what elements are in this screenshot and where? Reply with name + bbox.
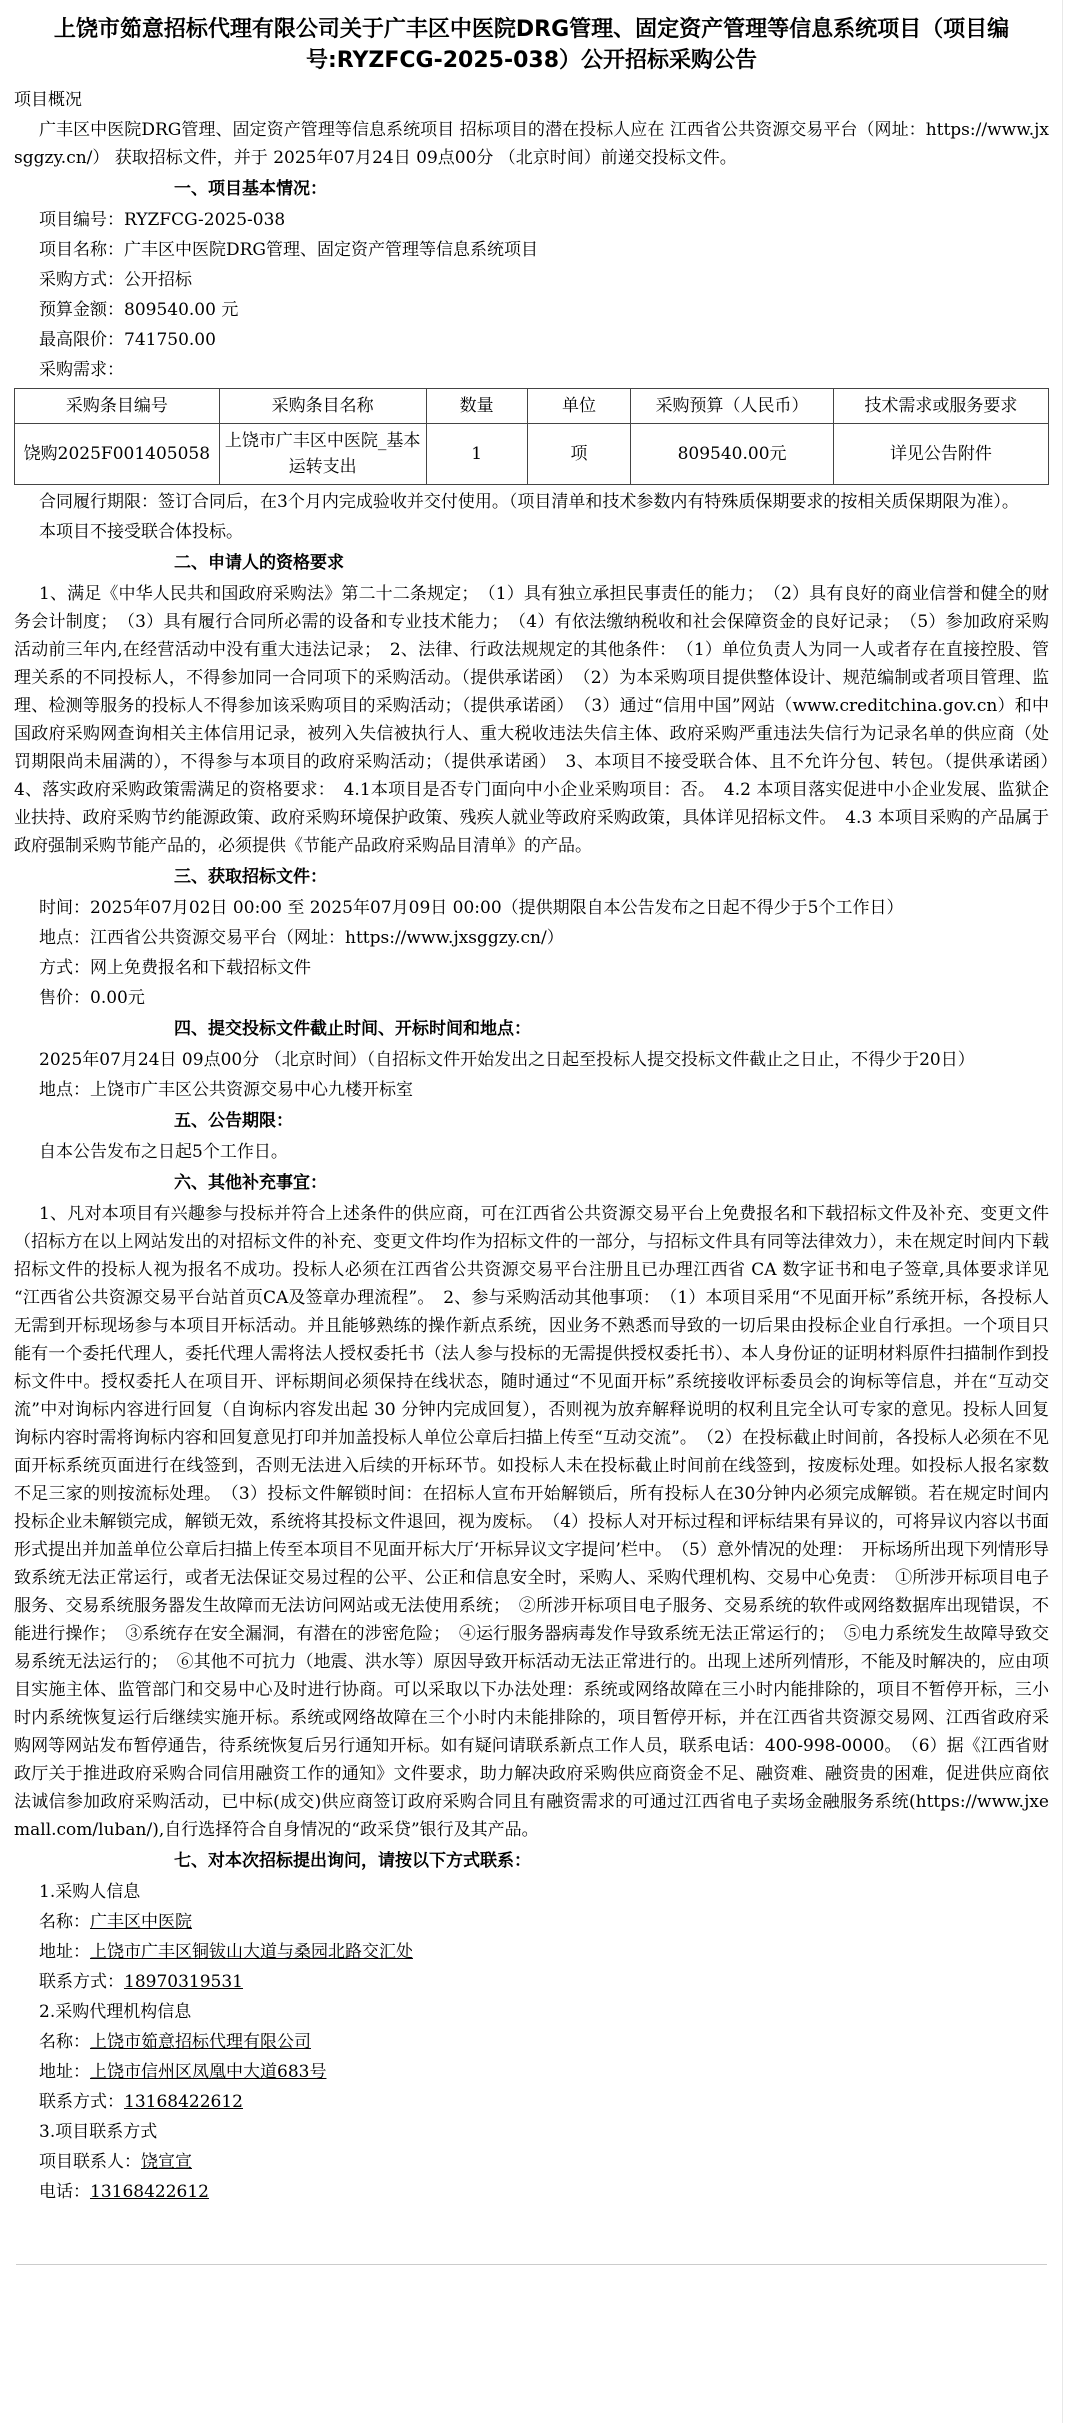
table-header-item-no: 采购条目编号 — [15, 389, 220, 424]
field-project-number: 项目编号：RYZFCG-2025-038 — [14, 206, 1049, 234]
section-deadline-heading: 四、提交投标文件截止时间、开标时间和地点： — [14, 1015, 1049, 1043]
agency-name-value: 上饶市筎意招标代理有限公司 — [90, 2032, 311, 2052]
table-header-item-name: 采购条目名称 — [219, 389, 426, 424]
agency-phone-label: 联系方式： — [39, 2092, 124, 2112]
procurement-items-table: 采购条目编号 采购条目名称 数量 单位 采购预算（人民币） 技术需求或服务要求 … — [14, 388, 1049, 485]
agency-name-label: 名称： — [39, 2032, 90, 2052]
qualification-text: 1、满足《中华人民共和国政府采购法》第二十二条规定； （1）具有独立承担民事责任… — [14, 580, 1049, 860]
project-contact-person-label: 项目联系人： — [39, 2152, 141, 2172]
purchaser-name-label: 名称： — [39, 1912, 90, 1932]
deadline-time-text: 2025年07月24日 09点00分 （北京时间）（自招标文件开始发出之日起至投… — [14, 1046, 1049, 1074]
project-contact-group-title: 3.项目联系方式 — [14, 2118, 1049, 2146]
project-contact-person-row: 项目联系人：饶宣宣 — [14, 2148, 1049, 2176]
agency-address-label: 地址： — [39, 2062, 90, 2082]
table-header-budget: 采购预算（人民币） — [631, 389, 834, 424]
section-basic-heading: 一、项目基本情况： — [14, 175, 1049, 203]
project-contact-phone-row: 电话：13168422612 — [14, 2178, 1049, 2206]
cell-requirements: 详见公告附件 — [833, 424, 1048, 485]
table-header-row: 采购条目编号 采购条目名称 数量 单位 采购预算（人民币） 技术需求或服务要求 — [15, 389, 1049, 424]
section-notice-period-heading: 五、公告期限： — [14, 1107, 1049, 1135]
purchaser-name-value: 广丰区中医院 — [90, 1912, 192, 1932]
field-max-price: 最高限价：741750.00 — [14, 326, 1049, 354]
cell-budget: 809540.00元 — [631, 424, 834, 485]
section-obtain-heading: 三、获取招标文件： — [14, 863, 1049, 891]
purchaser-group-title: 1.采购人信息 — [14, 1878, 1049, 1906]
purchaser-phone-row: 联系方式：18970319531 — [14, 1968, 1049, 1996]
section-qualification-heading: 二、申请人的资格要求 — [14, 549, 1049, 577]
section-contact-heading: 七、对本次招标提出询问，请按以下方式联系： — [14, 1847, 1049, 1875]
agency-phone-row: 联系方式：13168422612 — [14, 2088, 1049, 2116]
table-header-unit: 单位 — [527, 389, 630, 424]
agency-group-title: 2.采购代理机构信息 — [14, 1998, 1049, 2026]
notice-period-text: 自本公告发布之日起5个工作日。 — [14, 1138, 1049, 1166]
field-project-name: 项目名称：广丰区中医院DRG管理、固定资产管理等信息系统项目 — [14, 236, 1049, 264]
purchaser-phone-value: 18970319531 — [124, 1972, 243, 1992]
project-contact-person-value: 饶宣宣 — [141, 2152, 192, 2172]
agency-address-value: 上饶市信州区凤凰中大道683号 — [90, 2062, 326, 2082]
obtain-time: 时间：2025年07月02日 00:00 至 2025年07月09日 00:00… — [14, 894, 1049, 922]
no-consortium-text: 本项目不接受联合体投标。 — [14, 518, 1049, 546]
footer-divider — [16, 2264, 1047, 2265]
project-contact-phone-label: 电话： — [39, 2182, 90, 2202]
section-other-heading: 六、其他补充事宜： — [14, 1169, 1049, 1197]
obtain-price: 售价：0.00元 — [14, 984, 1049, 1012]
field-budget-amount: 预算金额：809540.00 元 — [14, 296, 1049, 324]
contract-term-text: 合同履行期限：签订合同后，在3个月内完成验收并交付使用。（项目清单和技术参数内有… — [14, 488, 1049, 516]
field-procurement-method: 采购方式：公开招标 — [14, 266, 1049, 294]
obtain-location: 地点：江西省公共资源交易平台（网址：https://www.jxsggzy.cn… — [14, 924, 1049, 952]
purchaser-phone-label: 联系方式： — [39, 1972, 124, 1992]
overview-text: 广丰区中医院DRG管理、固定资产管理等信息系统项目 招标项目的潜在投标人应在 江… — [14, 116, 1049, 172]
project-contact-phone-value: 13168422612 — [90, 2182, 209, 2202]
obtain-method: 方式：网上免费报名和下载招标文件 — [14, 954, 1049, 982]
cell-item-name: 上饶市广丰区中医院_基本运转支出 — [219, 424, 426, 485]
other-matters-text: 1、凡对本项目有兴趣参与投标并符合上述条件的供应商，可在江西省公共资源交易平台上… — [14, 1200, 1049, 1844]
cell-item-no: 饶购2025F001405058 — [15, 424, 220, 485]
agency-name-row: 名称：上饶市筎意招标代理有限公司 — [14, 2028, 1049, 2056]
cell-unit: 项 — [527, 424, 630, 485]
table-header-requirements: 技术需求或服务要求 — [833, 389, 1048, 424]
agency-address-row: 地址：上饶市信州区凤凰中大道683号 — [14, 2058, 1049, 2086]
deadline-location: 地点：上饶市广丰区公共资源交易中心九楼开标室 — [14, 1076, 1049, 1104]
purchaser-address-row: 地址：上饶市广丰区铜钹山大道与桑园北路交汇处 — [14, 1938, 1049, 1966]
agency-phone-value: 13168422612 — [124, 2092, 243, 2112]
overview-label: 项目概况 — [14, 86, 1049, 114]
field-procurement-demand: 采购需求： — [14, 356, 1049, 384]
table-header-quantity: 数量 — [426, 389, 527, 424]
table-row: 饶购2025F001405058 上饶市广丰区中医院_基本运转支出 1 项 80… — [15, 424, 1049, 485]
cell-quantity: 1 — [426, 424, 527, 485]
purchaser-name-row: 名称：广丰区中医院 — [14, 1908, 1049, 1936]
page-title: 上饶市筎意招标代理有限公司关于广丰区中医院DRG管理、固定资产管理等信息系统项目… — [20, 14, 1043, 76]
purchaser-address-label: 地址： — [39, 1942, 90, 1962]
purchaser-address-value: 上饶市广丰区铜钹山大道与桑园北路交汇处 — [90, 1942, 413, 1962]
announcement-page: 上饶市筎意招标代理有限公司关于广丰区中医院DRG管理、固定资产管理等信息系统项目… — [0, 0, 1063, 2423]
